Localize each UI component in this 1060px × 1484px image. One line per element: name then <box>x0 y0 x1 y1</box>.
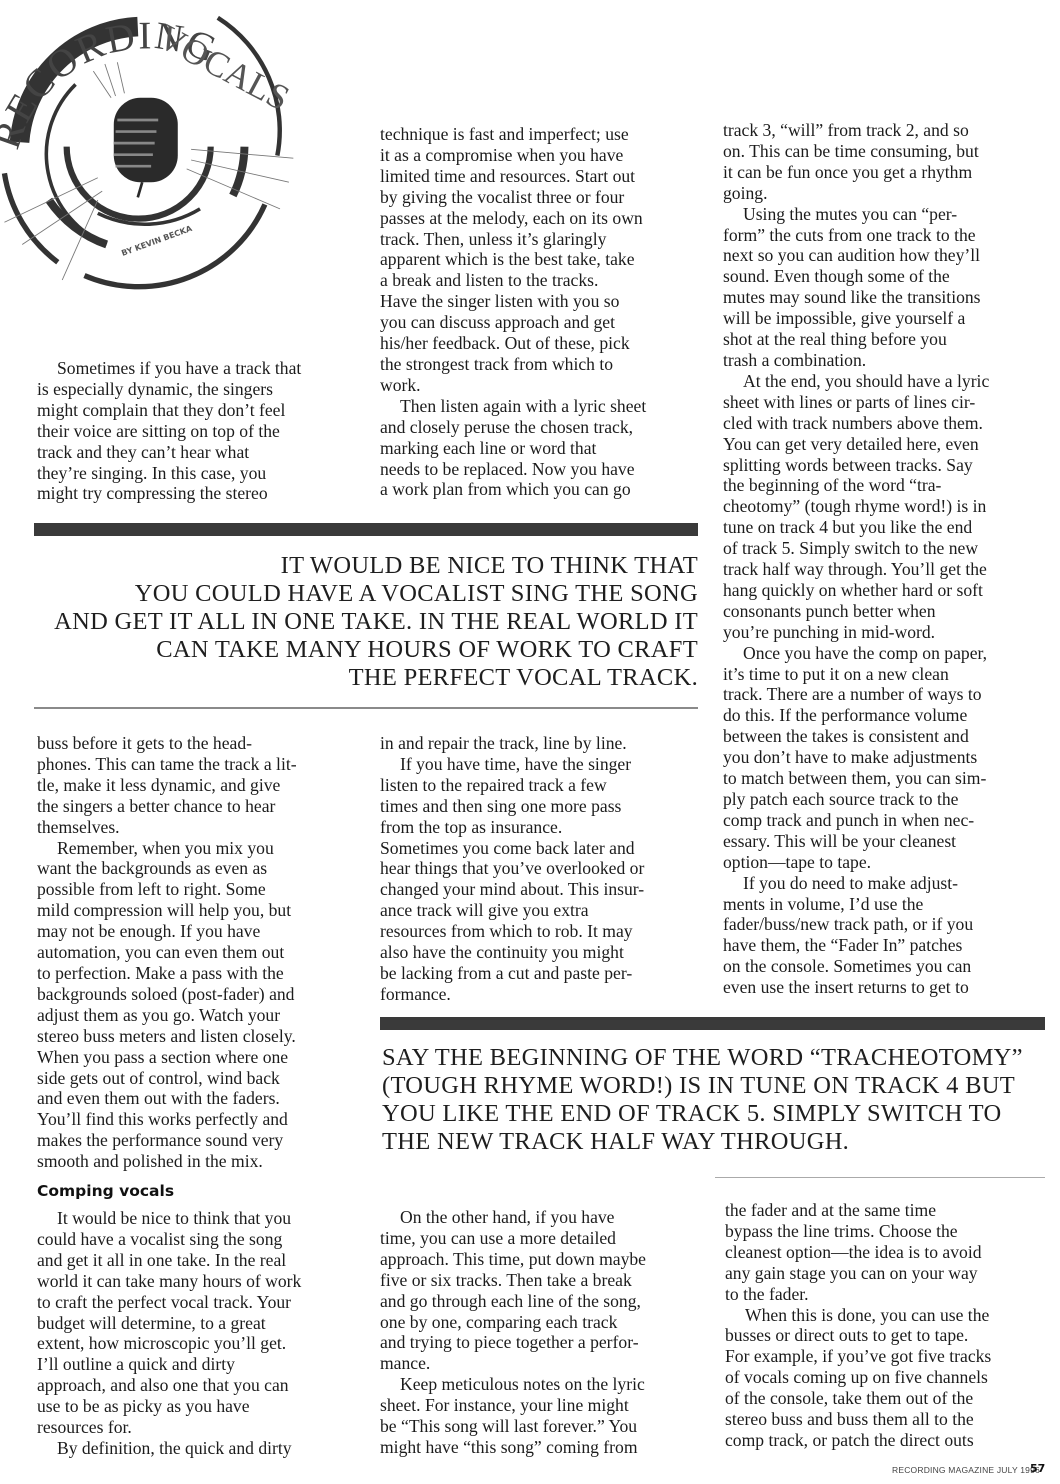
text-line: you can discuss approach and get <box>380 312 710 333</box>
text-line: you don’t have to make adjustments <box>723 747 1058 768</box>
column-2-middle-text: in and repair the track, line by line.If… <box>380 733 710 1005</box>
text-line: stereo buss and buss them all to the <box>725 1409 1060 1430</box>
text-line: budget will determine, to a great <box>37 1313 367 1334</box>
text-line: cled with track numbers above them. <box>723 413 1058 434</box>
text-line: it as a compromise when you have <box>380 145 710 166</box>
text-line: the singers a better chance to hear <box>37 796 367 817</box>
text-line: and go through each line of the song, <box>380 1291 710 1312</box>
text-line: themselves. <box>37 817 367 838</box>
text-line: Once you have the comp on paper, <box>723 643 1058 664</box>
text-line: and closely peruse the chosen track, <box>380 417 710 438</box>
text-line: You can get very detailed here, even <box>723 434 1058 455</box>
column-3-bottom-rule <box>715 1177 1045 1178</box>
text-line: By definition, the quick and dirty <box>37 1438 367 1459</box>
text-line: the new track half way through. <box>382 1128 1047 1156</box>
text-line: of track 5. Simply switch to the new <box>723 538 1058 559</box>
text-line: busses or direct outs to get to tape. <box>725 1325 1060 1346</box>
text-line: do this. If the performance volume <box>723 705 1058 726</box>
text-line: Remember, when you mix you <box>37 838 367 859</box>
text-line: five or six tracks. Then take a break <box>380 1270 710 1291</box>
text-line: Using the mutes you can “per- <box>723 204 1058 225</box>
text-line: essary. This will be your cleanest <box>723 831 1058 852</box>
text-line: trash a combination. <box>723 350 1058 371</box>
text-line: also have the continuity you might <box>380 942 710 963</box>
text-line: Sometimes you come back later and <box>380 838 710 859</box>
pullquote-2: Say the beginning of the word “tracheoto… <box>382 1044 1047 1156</box>
text-line: automation, you can even them out <box>37 942 367 963</box>
text-line: to the fader. <box>725 1284 1060 1305</box>
text-line: stereo buss meters and listen closely. <box>37 1026 367 1047</box>
text-line: on the console. Sometimes you can <box>723 956 1058 977</box>
text-line: the fader and at the same time <box>725 1200 1060 1221</box>
text-line: bypass the line trims. Choose the <box>725 1221 1060 1242</box>
text-line: world it can take many hours of work <box>37 1271 367 1292</box>
text-line: Sometimes if you have a track that <box>37 358 367 379</box>
text-line: approach, and also one that you can <box>37 1375 367 1396</box>
text-line: going. <box>723 183 1058 204</box>
text-line: Have the singer listen with you so <box>380 291 710 312</box>
text-line: mild compression will help you, but <box>37 900 367 921</box>
text-line: apparent which is the best take, take <box>380 249 710 270</box>
text-line: and trying to piece together a perfor- <box>380 1332 710 1353</box>
text-line: to perfection. Make a pass with the <box>37 963 367 984</box>
text-line: time, you can use a more detailed <box>380 1228 710 1249</box>
text-line: hear things that you’ve overlooked or <box>380 858 710 879</box>
text-line: be “This song will last forever.” You <box>380 1416 710 1437</box>
text-line: to craft the perfect vocal track. Your <box>37 1292 367 1313</box>
text-line: technique is fast and imperfect; use <box>380 124 710 145</box>
text-line: sheet. For instance, your line might <box>380 1395 710 1416</box>
column-1-top-text: Sometimes if you have a track thatis esp… <box>37 358 367 504</box>
text-line: track 3, “will” from track 2, and so <box>723 120 1058 141</box>
text-line: fader/buss/new track path, or if you <box>723 914 1058 935</box>
text-line: the perfect vocal track. <box>30 664 698 692</box>
column-3-text: track 3, “will” from track 2, and soon. … <box>723 120 1058 998</box>
text-line: It would be nice to think that <box>30 552 698 580</box>
text-line: splitting words between tracks. Say <box>723 455 1058 476</box>
text-line: form” the cuts from one track to the <box>723 225 1058 246</box>
text-line: tle, make it less dynamic, and give <box>37 775 367 796</box>
text-line: ply patch each source track to the <box>723 789 1058 810</box>
text-line: between the takes is consistent and <box>723 726 1058 747</box>
text-line: next so you can audition how they’ll <box>723 245 1058 266</box>
page-number: 57 <box>1030 1462 1045 1475</box>
footer-publication: RECORDING MAGAZINE JULY 1996 <box>892 1465 1040 1475</box>
text-line: comp track and punch in when nec- <box>723 810 1058 831</box>
text-line: tune on track 4 but you like the end <box>723 517 1058 538</box>
text-line: their voice are sitting on top of the <box>37 421 367 442</box>
text-line: hang quickly on whether hard or soft <box>723 580 1058 601</box>
text-line: a work plan from which you can go <box>380 479 710 500</box>
text-line: track and they can’t hear what <box>37 442 367 463</box>
text-line: cheotomy” (tough rhyme word!) is in <box>723 496 1058 517</box>
text-line: times and then sing one more pass <box>380 796 710 817</box>
text-line: on. This can be time consuming, but <box>723 141 1058 162</box>
text-line: Then listen again with a lyric sheet <box>380 396 710 417</box>
text-line: and get it all in one take. In the real … <box>30 608 698 636</box>
pullquote-1-bottom-rule <box>34 707 698 709</box>
text-line: any gain stage you can on your way <box>725 1263 1060 1284</box>
text-line: comp track, or patch the direct outs <box>725 1430 1060 1451</box>
text-line: makes the performance sound very <box>37 1130 367 1151</box>
text-line: If you have time, have the singer <box>380 754 710 775</box>
text-line: even use the insert returns to get to <box>723 977 1058 998</box>
text-line: to match between them, you can sim- <box>723 768 1058 789</box>
text-line: smooth and polished in the mix. <box>37 1151 367 1172</box>
text-line: can take many hours of work to craft <box>30 636 698 664</box>
text-line: of vocals coming up on five channels <box>725 1367 1060 1388</box>
text-line: ance track will give you extra <box>380 900 710 921</box>
text-line: shot at the real thing before you <box>723 329 1058 350</box>
text-line: is especially dynamic, the singers <box>37 379 367 400</box>
svg-text:VOCALS: VOCALS <box>152 16 296 118</box>
text-line: have them, the “Fader In” patches <box>723 935 1058 956</box>
pullquote-2-top-rule <box>380 1017 1045 1030</box>
text-line: For example, if you’ve got five tracks <box>725 1346 1060 1367</box>
text-line: track. There are a number of ways to <box>723 684 1058 705</box>
text-line: Say the beginning of the word “tracheoto… <box>382 1044 1047 1072</box>
text-line: you could have a vocalist sing the song <box>30 580 698 608</box>
text-line: be lacking from a cut and paste per- <box>380 963 710 984</box>
text-line: sheet with lines or parts of lines cir- <box>723 392 1058 413</box>
text-line: the strongest track from which to <box>380 354 710 375</box>
text-line: ments in volume, I’d use the <box>723 894 1058 915</box>
pullquote-1: It would be nice to think thatyou could … <box>30 552 698 692</box>
text-line: may not be enough. If you have <box>37 921 367 942</box>
text-line: and get it all in one take. In the real <box>37 1250 367 1271</box>
microphone-icon <box>114 98 178 198</box>
text-line: resources from which to rob. It may <box>380 921 710 942</box>
svg-text:BY KEVIN BECKA: BY KEVIN BECKA <box>120 224 194 258</box>
text-line: It would be nice to think that you <box>37 1208 367 1229</box>
text-line: formance. <box>380 984 710 1005</box>
column-2-top-text: technique is fast and imperfect; useit a… <box>380 124 710 500</box>
text-line: of the console, take them out of the <box>725 1388 1060 1409</box>
text-line: from the top as insurance. <box>380 817 710 838</box>
text-line: the beginning of the word “tra- <box>723 475 1058 496</box>
recording-vocals-logo: RECORDING VOCALS BY KEVIN BECKA <box>0 0 320 320</box>
text-line: might try compressing the stereo <box>37 483 367 504</box>
pullquote-1-top-rule <box>34 523 698 536</box>
text-line: and even them out with the faders. <box>37 1088 367 1109</box>
text-line: one by one, comparing each track <box>380 1312 710 1333</box>
text-line: track half way through. You’ll get the <box>723 559 1058 580</box>
text-line: might complain that they don’t feel <box>37 400 367 421</box>
text-line: On the other hand, if you have <box>380 1207 710 1228</box>
text-line: changed your mind about. This insur- <box>380 879 710 900</box>
column-2-bottom-text: On the other hand, if you havetime, you … <box>380 1207 710 1458</box>
text-line: extent, how microscopic you’ll get. <box>37 1333 367 1354</box>
text-line: limited time and resources. Start out <box>380 166 710 187</box>
text-line: consonants punch better when <box>723 601 1058 622</box>
text-line: When you pass a section where one <box>37 1047 367 1068</box>
text-line: sound. Even though some of the <box>723 266 1058 287</box>
text-line: a break and listen to the tracks. <box>380 270 710 291</box>
text-line: Keep meticulous notes on the lyric <box>380 1374 710 1395</box>
text-line: could have a vocalist sing the song <box>37 1229 367 1250</box>
text-line: I’ll outline a quick and dirty <box>37 1354 367 1375</box>
text-line: phones. This can tame the track a lit- <box>37 754 367 775</box>
text-line: passes at the melody, each on its own <box>380 208 710 229</box>
section-heading-comping-vocals: Comping vocals <box>37 1182 174 1200</box>
column-1-bottom-text: It would be nice to think that youcould … <box>37 1208 367 1459</box>
text-line: option—tape to tape. <box>723 852 1058 873</box>
text-line: it can be fun once you get a rhythm <box>723 162 1058 183</box>
text-line: his/her feedback. Out of these, pick <box>380 333 710 354</box>
text-line: might have “this song” coming from <box>380 1437 710 1458</box>
text-line: You’ll find this works perfectly and <box>37 1109 367 1130</box>
text-line: listen to the repaired track a few <box>380 775 710 796</box>
text-line: If you do need to make adjust- <box>723 873 1058 894</box>
text-line: mance. <box>380 1353 710 1374</box>
text-line: needs to be replaced. Now you have <box>380 459 710 480</box>
text-line: will be impossible, give yourself a <box>723 308 1058 329</box>
text-line: work. <box>380 375 710 396</box>
text-line: adjust them as you go. Watch your <box>37 1005 367 1026</box>
text-line: track. Then, unless it’s glaringly <box>380 229 710 250</box>
text-line: in and repair the track, line by line. <box>380 733 710 754</box>
text-line: you’re punching in mid-word. <box>723 622 1058 643</box>
text-line: (tough rhyme word!) is in tune on track … <box>382 1072 1047 1100</box>
column-3-bottom-text: the fader and at the same timebypass the… <box>725 1200 1060 1451</box>
column-1-middle-text: buss before it gets to the head-phones. … <box>37 733 367 1172</box>
text-line: At the end, you should have a lyric <box>723 371 1058 392</box>
text-line: possible from left to right. Some <box>37 879 367 900</box>
text-line: buss before it gets to the head- <box>37 733 367 754</box>
text-line: you like the end of track 5. Simply swit… <box>382 1100 1047 1128</box>
text-line: want the backgrounds as even as <box>37 858 367 879</box>
text-line: When this is done, you can use the <box>725 1305 1060 1326</box>
text-line: it’s time to put it on a new clean <box>723 664 1058 685</box>
text-line: side gets out of control, wind back <box>37 1068 367 1089</box>
text-line: cleanest option—the idea is to avoid <box>725 1242 1060 1263</box>
text-line: they’re singing. In this case, you <box>37 463 367 484</box>
text-line: backgrounds soloed (post-fader) and <box>37 984 367 1005</box>
text-line: approach. This time, put down maybe <box>380 1249 710 1270</box>
text-line: resources for. <box>37 1417 367 1438</box>
text-line: by giving the vocalist three or four <box>380 187 710 208</box>
text-line: marking each line or word that <box>380 438 710 459</box>
text-line: use to be as picky as you have <box>37 1396 367 1417</box>
text-line: mutes may sound like the transitions <box>723 287 1058 308</box>
